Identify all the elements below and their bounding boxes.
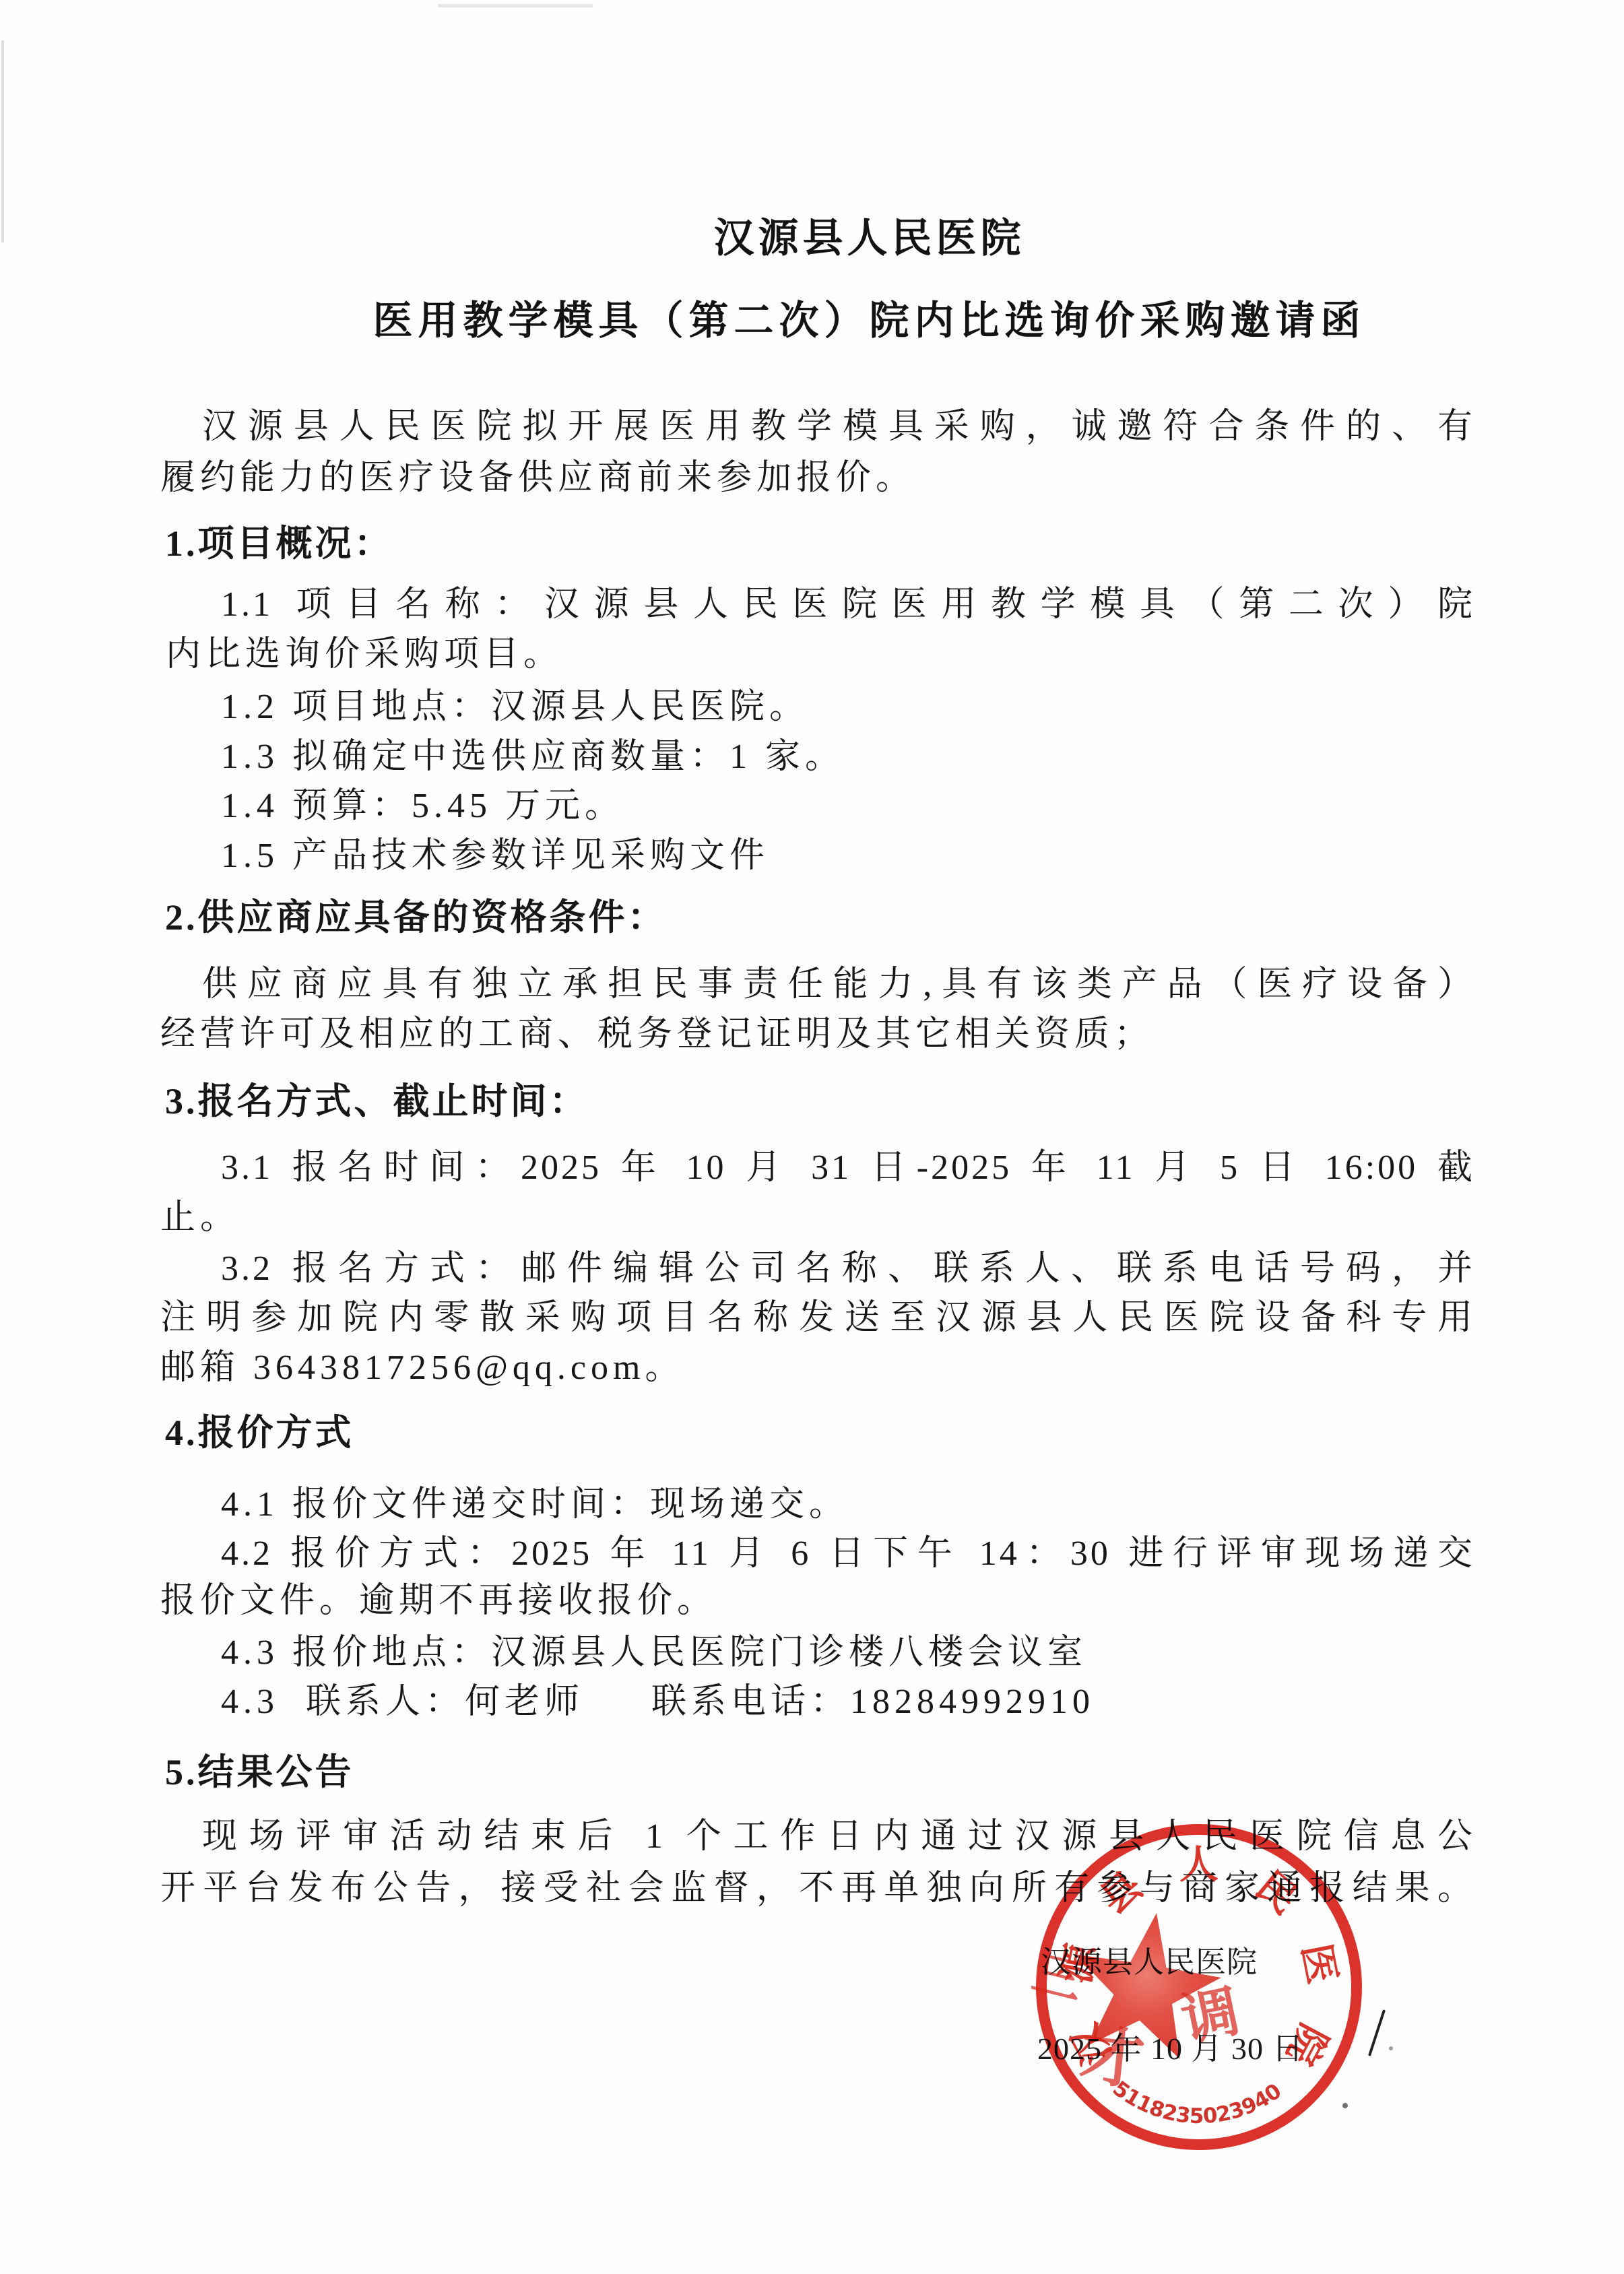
- document-page: 汉源县人民医院 医用教学模具（第二次）院内比选询价采购邀请函 汉源县人民医院拟开…: [0, 0, 1624, 2274]
- section-heading: 4.报价方式: [165, 1412, 354, 1454]
- stamp-serial-digit: 5: [1190, 2104, 1204, 2129]
- page-title: 汉源县人民医院: [115, 206, 1624, 264]
- stamp-serial-digit: 0: [1202, 2103, 1219, 2129]
- doc-line: 报价文件。逾期不再接收报价。: [160, 1581, 717, 1621]
- doc-line: 1.5 产品技术参数详见采购文件: [221, 836, 769, 876]
- stamp-serial-digit: 2: [1214, 2101, 1233, 2127]
- ink-speck: [1389, 2046, 1393, 2050]
- section-heading: 2.供应商应具备的资格条件：: [165, 897, 667, 938]
- doc-line: 汉源县人民医院拟开展医用教学模具采购，诚邀符合条件的、有: [202, 407, 1475, 447]
- stamp-serial-digit: 0: [1260, 2079, 1286, 2107]
- doc-line: 内比选询价采购项目。: [166, 635, 563, 675]
- doc-line: 4.1 报价文件递交时间：现场递交。: [221, 1485, 849, 1525]
- doc-line: 1.2 项目地点：汉源县人民医院。: [221, 687, 809, 727]
- doc-line: 现场评审活动结束后 1 个工作日内通过汉源县人民医院信息公: [202, 1817, 1475, 1857]
- doc-line: 1.4 预算：5.45 万元。: [221, 786, 624, 826]
- section-heading: 3.报名方式、截止时间：: [165, 1080, 589, 1122]
- doc-line: 供应商应具有独立承担民事责任能力,具有该类产品（医疗设备）: [202, 965, 1475, 1005]
- scan-artifact: [1, 40, 4, 242]
- doc-line: 邮箱 3643817256@qq.com。: [160, 1348, 684, 1388]
- stamp-serial-digit: 2: [1160, 2100, 1179, 2126]
- stamp-serial-digit: 8: [1146, 2096, 1167, 2123]
- section-heading: 1.项目概况：: [165, 523, 393, 564]
- stamp-serial-digit: 4: [1249, 2086, 1274, 2114]
- doc-line: 4.2 报价方式：2025 年 11 月 6 日下午 14：30 进行评审现场递…: [221, 1534, 1475, 1574]
- ink-speck: [1342, 2103, 1348, 2108]
- page-subtitle: 医用教学模具（第二次）院内比选询价采购邀请函: [115, 288, 1624, 346]
- doc-line: 履约能力的医疗设备供应商前来参加报价。: [160, 458, 915, 498]
- stamp-serial-digit: 1: [1120, 2084, 1145, 2112]
- signature-org: 汉源县人民医院: [1041, 1937, 1258, 1981]
- doc-line: 1.3 拟确定中选供应商数量：1 家。: [221, 737, 845, 777]
- section-heading: 5.结果公告: [165, 1751, 354, 1793]
- doc-line: 4.3 联系人：何老师 联系电话：18284992910: [221, 1682, 1095, 1722]
- doc-line: 4.3 报价地点：汉源县人民医院门诊楼八楼会议室: [221, 1633, 1087, 1673]
- signature-date: 2025 年 10 月 30 日: [1037, 2024, 1304, 2069]
- doc-line: 开平台发布公告，接受社会监督，不再单独向所有参与商家通报结果。: [160, 1869, 1475, 1909]
- doc-line: 3.2 报名方式：邮件编辑公司名称、联系人、联系电话号码，并: [221, 1249, 1475, 1289]
- doc-line: 注明参加院内零散采购项目名称发送至汉源县人民医院设备科专用: [160, 1298, 1475, 1338]
- stamp-serial-digit: 5: [1108, 2076, 1134, 2104]
- doc-line: 1.1 项目名称：汉源县人民医院医用教学模具（第二次）院: [221, 585, 1475, 625]
- doc-line: 止。: [160, 1198, 240, 1238]
- stamp-serial-digit: 3: [1227, 2097, 1247, 2124]
- stamp-serial-digit: 1: [1132, 2090, 1156, 2118]
- stamp-serial-digit: 3: [1175, 2102, 1192, 2128]
- stamp-serial-digit: 9: [1238, 2092, 1261, 2120]
- scan-artifact: [438, 4, 593, 7]
- doc-line: 3.1 报名时间：2025 年 10 月 31 日-2025 年 11 月 5 …: [221, 1148, 1475, 1188]
- doc-line: 经营许可及相应的工商、税务登记证明及其它相关资质；: [160, 1014, 1154, 1055]
- pen-mark: [1368, 2009, 1386, 2056]
- stamp-ring-char: 医: [1291, 1939, 1355, 1988]
